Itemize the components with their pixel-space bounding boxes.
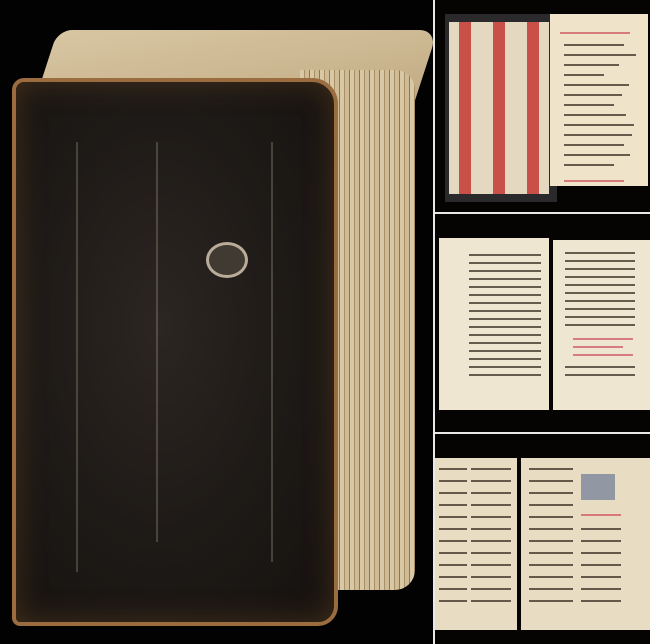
tooling-line xyxy=(271,142,273,562)
main-photo-closed-book xyxy=(0,0,433,644)
tooling-line xyxy=(156,142,158,542)
cover-boss-ornament xyxy=(206,242,248,278)
manuscript-page xyxy=(550,14,648,186)
manuscript-page-right xyxy=(553,240,650,410)
photo-open-manuscript-illuminated xyxy=(435,434,650,644)
manuscript-page-left xyxy=(435,458,517,630)
photo-open-manuscript-rubric xyxy=(435,214,650,432)
book-cover xyxy=(12,78,338,626)
illuminated-headpiece xyxy=(581,474,615,500)
floral-fabric-cover xyxy=(445,14,557,202)
tooling-line xyxy=(76,142,78,572)
manuscript-page-right xyxy=(521,458,650,630)
photo-fabric-endpaper xyxy=(435,0,650,212)
manuscript-page-left xyxy=(439,238,549,410)
